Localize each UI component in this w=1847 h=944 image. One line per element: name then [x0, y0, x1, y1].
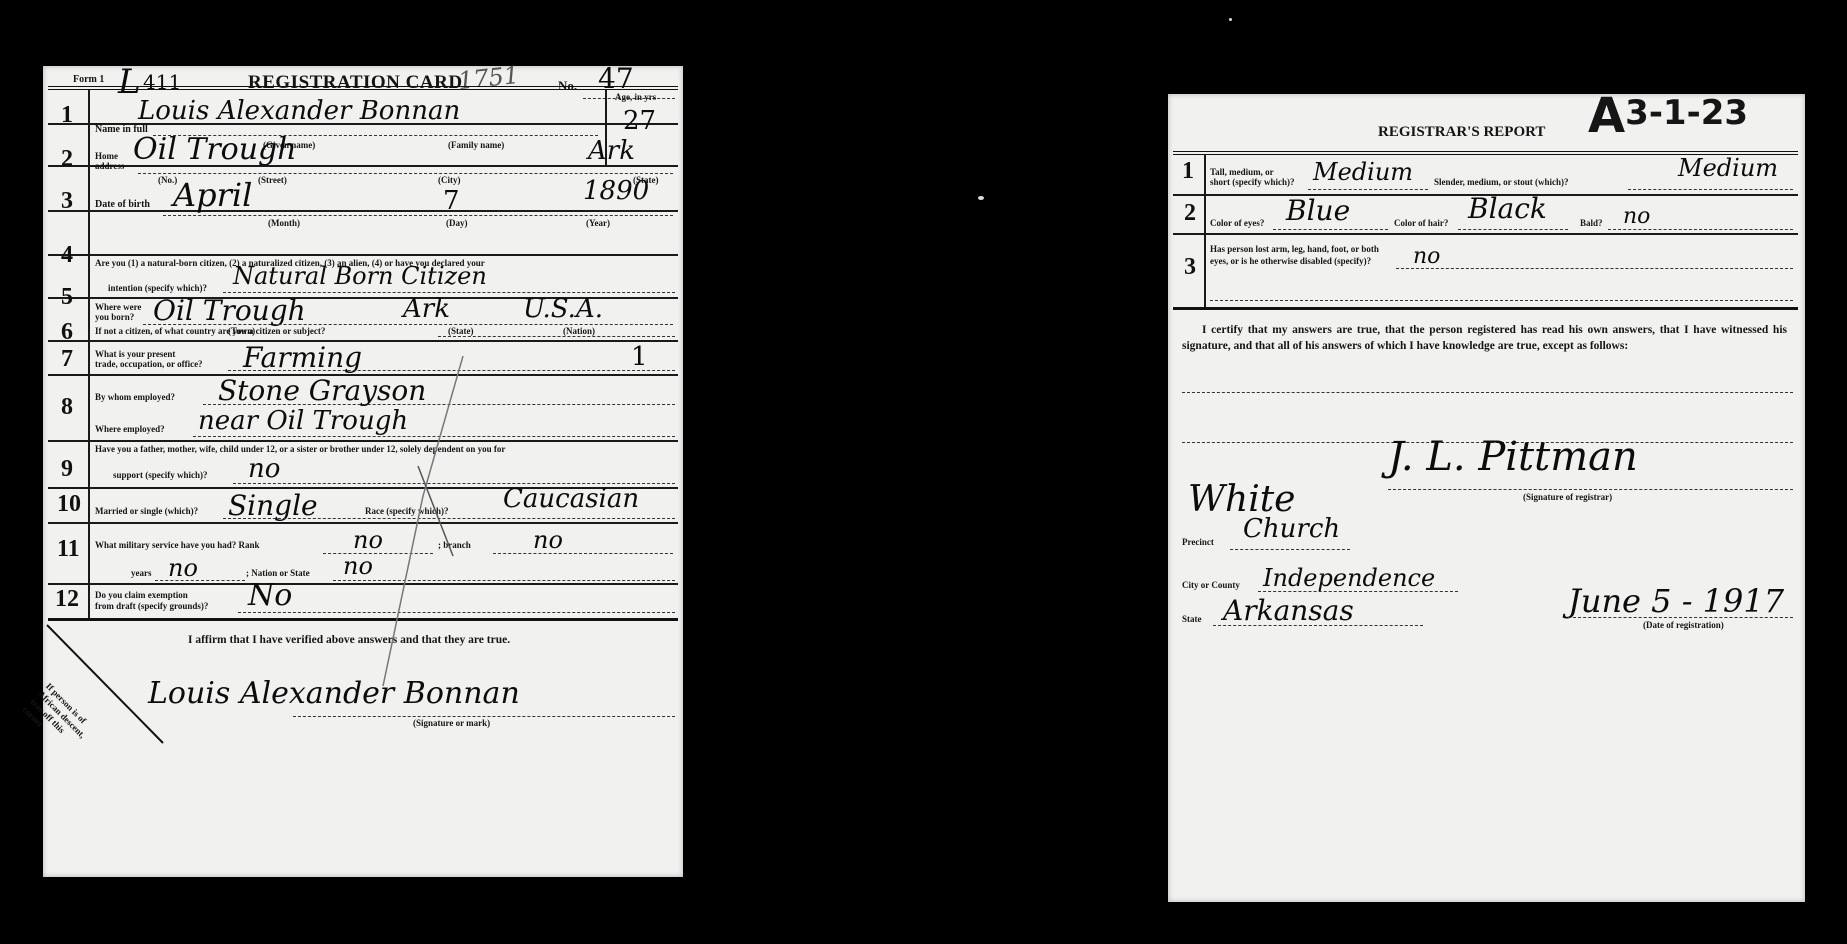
marital-status-label: Married or single (which)?	[95, 506, 198, 516]
registration-date: June 5 - 1917	[1568, 582, 1784, 620]
report-code-letter: A	[1588, 88, 1625, 144]
age-value: 27	[623, 106, 656, 136]
employment-place-label: Where employed?	[95, 424, 165, 434]
signature-label: (Signature or mark)	[413, 718, 490, 728]
registrar-signature: J. L. Pittman	[1388, 434, 1638, 480]
state-label: State	[1182, 614, 1202, 624]
eye-color-label: Color of eyes?	[1210, 218, 1264, 228]
home-address-label-2: address	[95, 161, 124, 171]
registrars-report-card: REGISTRAR'S REPORT A3-1-23 1 Tall, mediu…	[1168, 94, 1805, 902]
family-name-sublabel: (Family name)	[448, 140, 504, 150]
row-number: 9	[61, 456, 73, 483]
home-state-value: Ark	[588, 136, 635, 166]
build-label: Slender, medium, or stout (which)?	[1434, 177, 1569, 187]
report-title: REGISTRAR'S REPORT	[1378, 124, 1545, 141]
serial-annotation: 411	[143, 70, 181, 94]
row-number: 3	[1184, 254, 1196, 281]
height-label-2: short (specify which)?	[1210, 177, 1295, 187]
disability-label-2: eyes, or is he otherwise disabled (speci…	[1210, 256, 1371, 266]
pencil-cross-mark	[343, 356, 483, 686]
bald-value: no	[1623, 204, 1650, 229]
exemption-label: Do you claim exemption	[95, 590, 188, 600]
birth-day-value: 7	[443, 186, 460, 216]
scan-speck	[978, 196, 984, 200]
alien-country-label: If not a citizen, of what country are yo…	[95, 326, 325, 336]
exemption-value: No	[248, 578, 292, 613]
precinct-value: Church	[1243, 514, 1340, 544]
birthplace-label-2: you born?	[95, 312, 134, 322]
city-county-label: City or County	[1182, 580, 1240, 590]
birthplace-label: Where were	[95, 302, 141, 312]
build-value: Medium	[1678, 154, 1778, 182]
dependents-value: no	[248, 454, 280, 484]
height-value: Medium	[1313, 158, 1413, 186]
employer-label: By whom employed?	[95, 392, 175, 402]
occupation-label-2: trade, occupation, or office?	[95, 359, 203, 369]
certification-text: I certify that my answers are true, that…	[1182, 322, 1787, 354]
row-number: 5	[61, 284, 73, 311]
street-sublabel: (Street)	[258, 175, 287, 185]
state-sublabel-5: (State)	[448, 326, 474, 336]
birth-state-value: Ark	[403, 294, 450, 324]
race-value: Caucasian	[503, 484, 639, 514]
city-sublabel: (City)	[438, 175, 461, 185]
citizenship-value: Natural Born Citizen	[233, 262, 487, 290]
bald-label: Bald?	[1580, 218, 1603, 228]
form-label: Form 1	[73, 74, 104, 85]
date-of-birth-label: Date of birth	[95, 199, 150, 210]
birth-year-value: 1890	[583, 176, 649, 206]
state-value: Arkansas	[1223, 594, 1354, 627]
row-number: 11	[57, 536, 80, 563]
row-number: 2	[1184, 200, 1196, 227]
row-number: 12	[55, 586, 79, 613]
hair-color-value: Black	[1468, 192, 1547, 225]
row-number: 3	[61, 188, 73, 215]
nation-sublabel: (Nation)	[563, 326, 595, 336]
precinct-label: Precinct	[1182, 537, 1214, 547]
home-address-label: Home	[95, 151, 118, 161]
registrar-signature-label: (Signature of registrar)	[1523, 492, 1612, 502]
row-number: 6	[61, 319, 73, 346]
day-sublabel: (Day)	[446, 218, 468, 228]
scan-speck	[1229, 18, 1232, 21]
military-branch-value: no	[533, 526, 563, 554]
disability-label: Has person lost arm, leg, hand, foot, or…	[1210, 244, 1379, 254]
exemption-label-2: from draft (specify grounds)?	[95, 601, 208, 611]
home-city-value: Oil Trough	[133, 132, 297, 167]
citizenship-label: intention (specify which)?	[108, 283, 207, 293]
birth-nation-value: U.S.A.	[523, 294, 603, 324]
disability-value: no	[1413, 244, 1440, 269]
registration-date-label: (Date of registration)	[1643, 620, 1724, 630]
age-label: Age, in yrs	[615, 92, 656, 102]
birth-town-value: Oil Trough	[153, 294, 306, 327]
month-sublabel: (Month)	[268, 218, 300, 228]
military-years-label: years	[131, 568, 152, 578]
row-number: 4	[61, 242, 73, 269]
row-number: 7	[61, 346, 73, 373]
registration-card: Form 1 L 411 REGISTRATION CARD 1751 No. …	[43, 66, 683, 877]
number-value: 47	[598, 62, 634, 95]
row-number: 2	[61, 146, 73, 173]
row-number: 10	[57, 491, 81, 518]
hair-color-label: Color of hair?	[1394, 218, 1448, 228]
row-number: 1	[1182, 158, 1194, 185]
city-county-value: Independence	[1263, 564, 1435, 592]
row-number: 1	[61, 102, 73, 129]
occupation-label: What is your present	[95, 349, 175, 359]
dependents-label: support (specify which)?	[113, 470, 208, 480]
military-nation-label: ; Nation or State	[246, 568, 310, 578]
occupation-mark: 1	[631, 342, 648, 372]
year-sublabel: (Year)	[586, 218, 610, 228]
birth-month-value: April	[173, 176, 252, 214]
eye-color-value: Blue	[1286, 194, 1350, 227]
military-years-value: no	[168, 554, 198, 582]
report-code-digits: 3-1-23	[1625, 93, 1748, 133]
row-number: 8	[61, 394, 73, 421]
military-rank-label: What military service have you had? Rank	[95, 540, 260, 550]
name-value: Louis Alexander Bonnan	[138, 96, 460, 126]
report-code: A3-1-23	[1588, 88, 1748, 144]
card-title: REGISTRATION CARD	[248, 72, 463, 94]
height-label: Tall, medium, or	[1210, 167, 1274, 177]
